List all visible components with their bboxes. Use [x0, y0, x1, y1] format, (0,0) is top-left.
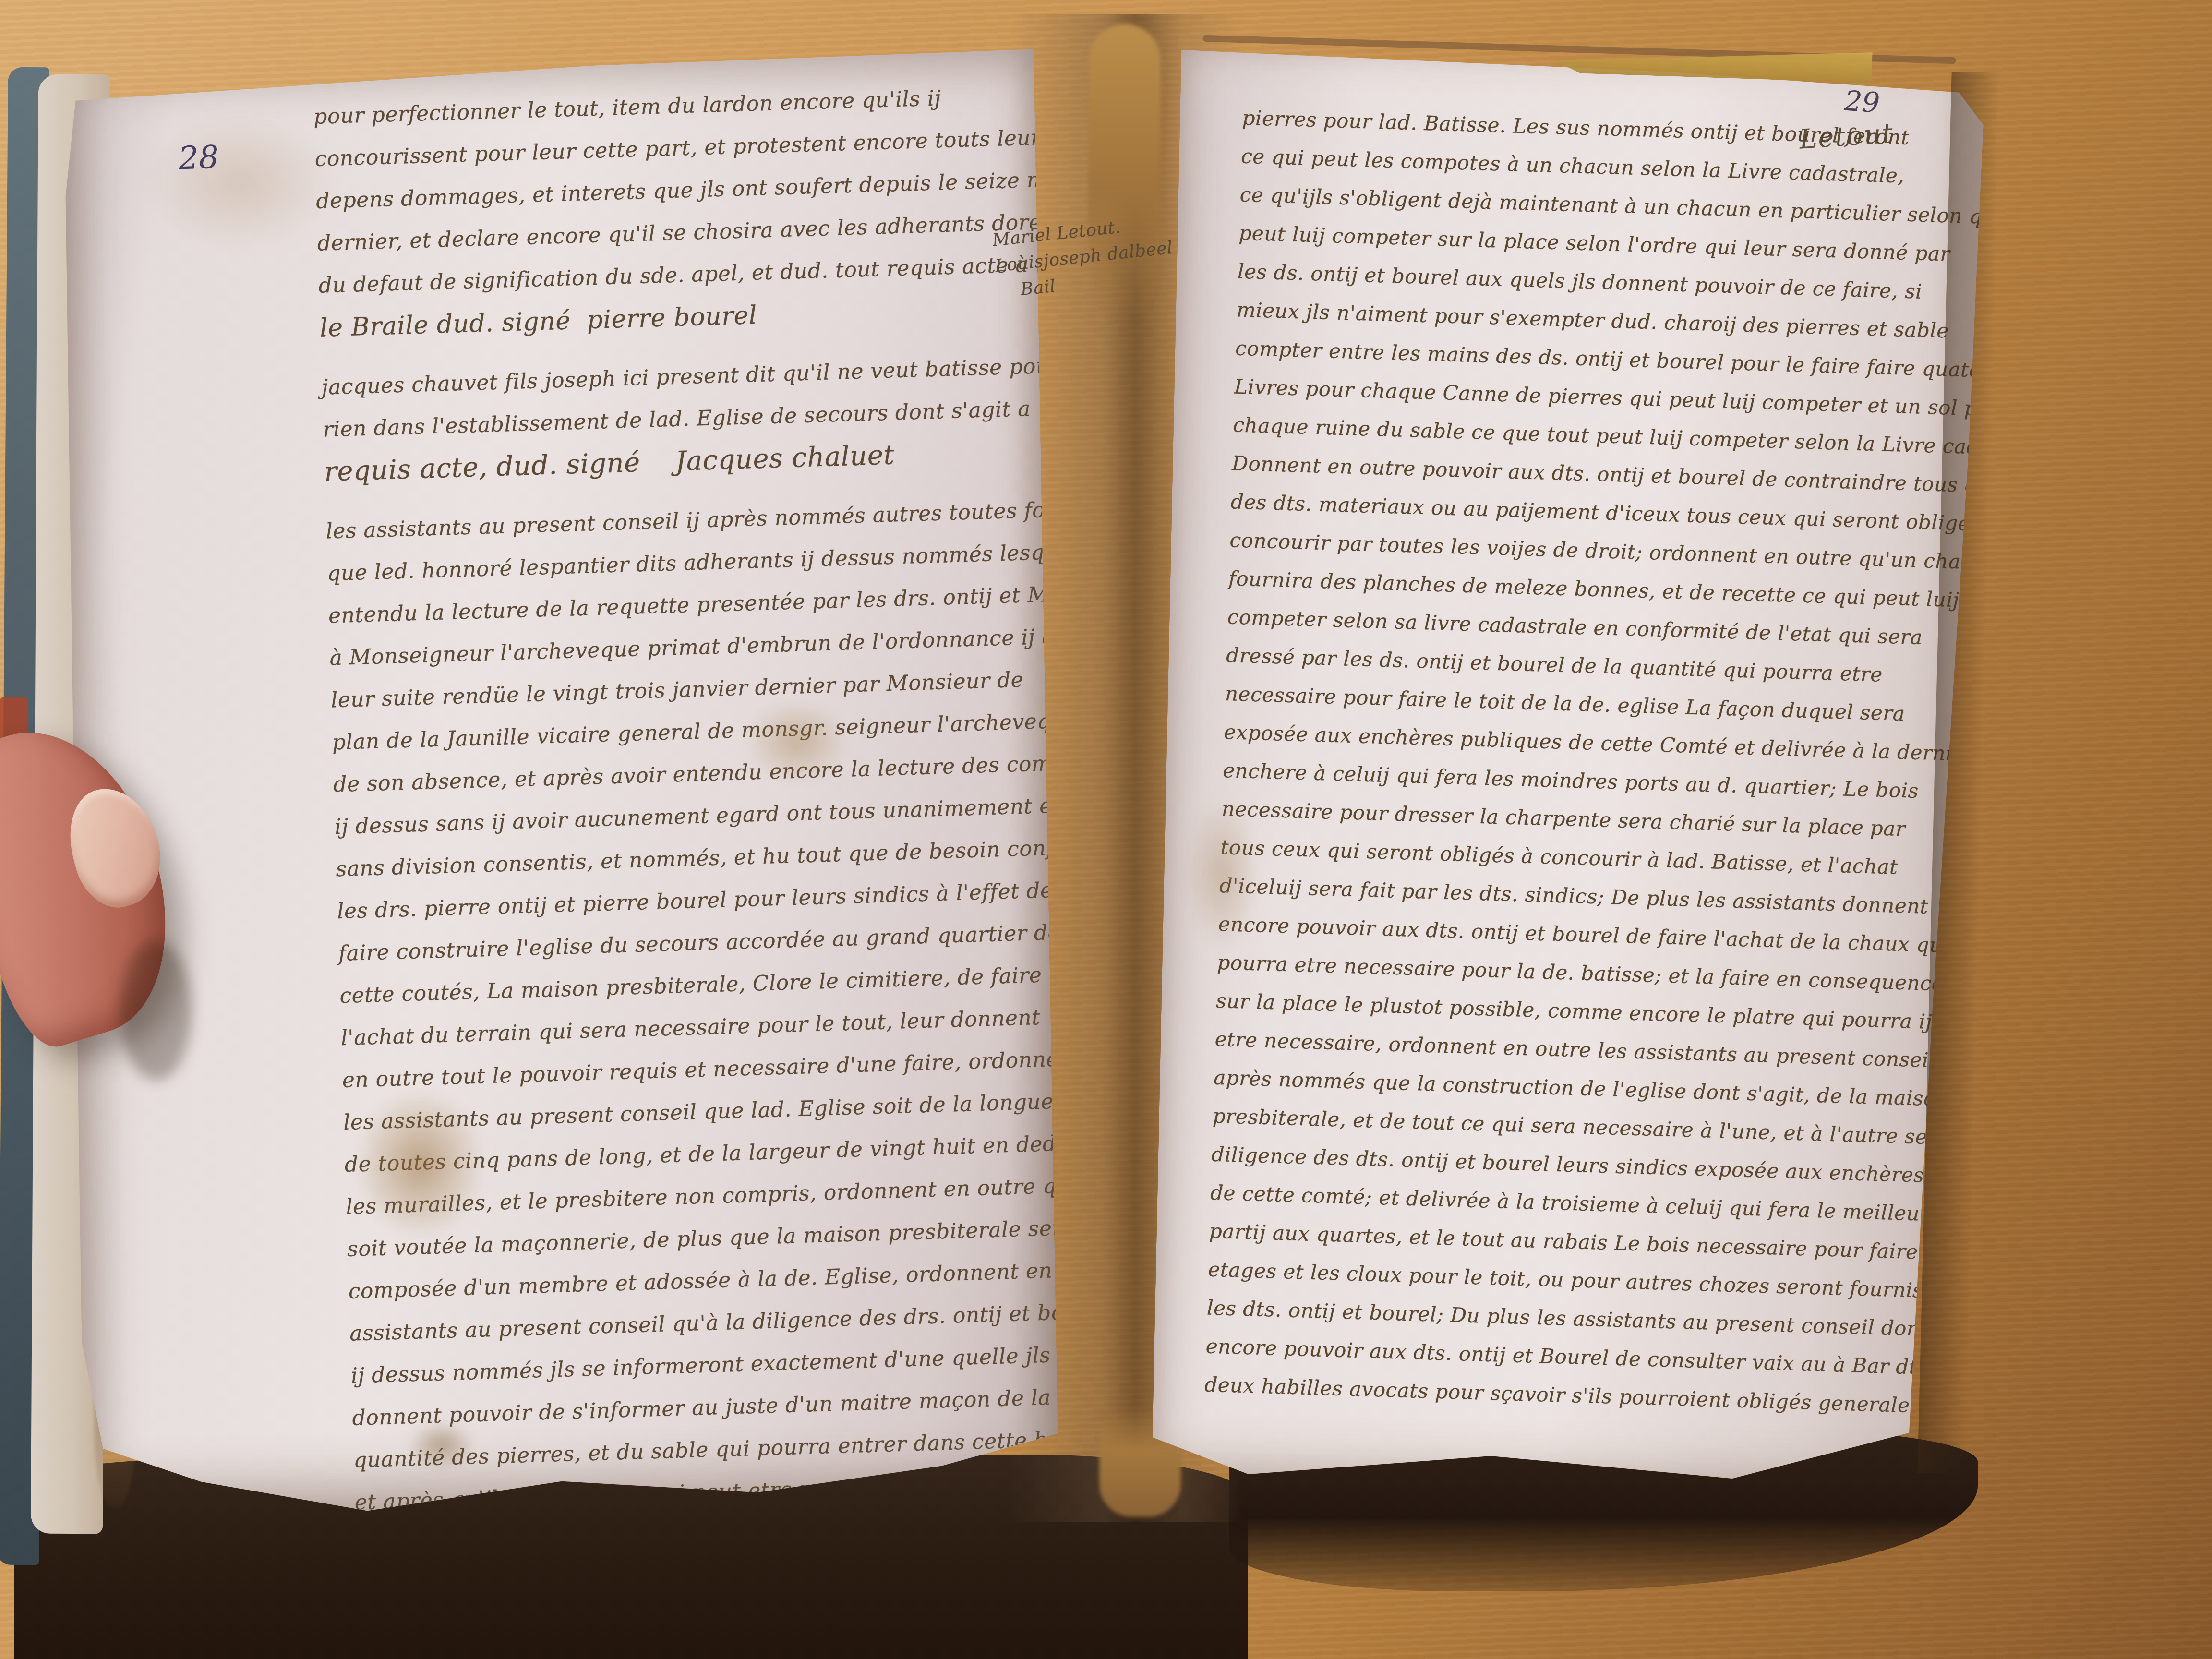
- right-page-text: pierres pour lad. Batisse. Les sus nommé…: [1204, 99, 1991, 1426]
- left-page-text: pour perfectionner le tout, item du lard…: [313, 75, 1075, 1524]
- stain: [355, 1090, 485, 1238]
- right-page-number: 29: [1843, 84, 1881, 120]
- left-page: pour perfectionner le tout, item du lard…: [60, 49, 1059, 1516]
- left-page-number: 28: [178, 139, 220, 177]
- thumb-shadow: [120, 941, 192, 1080]
- stain: [746, 701, 847, 782]
- stain: [408, 1421, 475, 1469]
- corner-flourish-note: Letout: [1798, 118, 1895, 156]
- right-page: pierres pour lad. Batisse. Les sus nommé…: [1151, 33, 1988, 1504]
- stain: [144, 115, 336, 250]
- stain: [1186, 797, 1258, 950]
